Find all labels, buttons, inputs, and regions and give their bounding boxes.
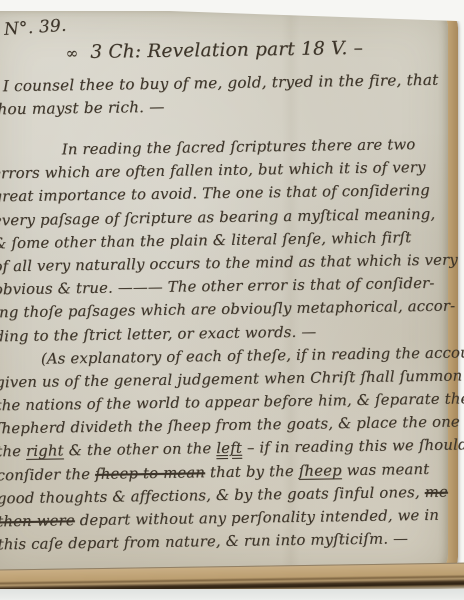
scripture-epigraph: I counsel thee to buy of me, gold, tryed…: [0, 68, 461, 121]
manuscript-text: – if in reading this we ſhould: [242, 437, 464, 457]
manuscript-text: the: [0, 443, 26, 460]
handwriting-layer: N°. 39. ∞3 Ch: Revelation part 18 V. – I…: [0, 0, 464, 600]
manuscript-text: ing thoſe paſsages which are obviouſly m…: [0, 298, 455, 322]
manuscript-text: In reading the ſacred ſcriptures there a…: [62, 136, 416, 158]
manuscript-scan: N°. 39. ∞3 Ch: Revelation part 18 V. – I…: [0, 0, 464, 600]
manuscript-text: great importance to avoid. The one is th…: [0, 182, 430, 205]
manuscript-text: conſider the: [0, 466, 95, 484]
manuscript-text: was meant: [342, 461, 430, 479]
heading-ornament: ∞: [65, 44, 78, 62]
manuscript-text: thou mayst be rich. —: [0, 98, 165, 119]
sermon-body: In reading the ſacred ſcriptures there a…: [0, 132, 464, 556]
struck-out-text: ſheep to mean: [95, 464, 205, 483]
manuscript-text: ding to the ſtrict letter, or exact word…: [0, 323, 316, 345]
manuscript-text: this caſe depart from nature, & run into…: [0, 530, 408, 553]
underlined-text: ſheep: [299, 462, 342, 480]
manuscript-text: good thoughts & affections, & by the goa…: [0, 484, 425, 507]
struck-out-text: me: [425, 483, 448, 500]
manuscript-text: (As explanatory of each of theſe, if in …: [41, 344, 464, 368]
manuscript-text: & the other on the: [64, 441, 217, 460]
underlined-text: left: [216, 440, 242, 457]
heading-title: 3 Ch: Revelation part 18 V. –: [90, 38, 363, 63]
manuscript-text: that by the: [205, 463, 299, 481]
manuscript-text: & ſome other than the plain & literal ſe…: [0, 229, 412, 252]
manuscript-text: depart without any perſonality intended,…: [75, 507, 439, 529]
manuscript-text: every paſsage of ſcripture as bearing a …: [0, 205, 435, 229]
struck-out-text: then were: [0, 512, 75, 530]
sermon-heading: ∞3 Ch: Revelation part 18 V. –: [0, 37, 432, 64]
manuscript-text: I counsel thee to buy of me, gold, tryed…: [3, 71, 439, 95]
manuscript-text: errors which are often fallen into, but …: [0, 159, 426, 182]
page-number: N°. 39.: [3, 16, 67, 40]
manuscript-text: obvious & true. ——— The other error is t…: [0, 275, 435, 299]
underlined-text: right: [26, 443, 64, 461]
